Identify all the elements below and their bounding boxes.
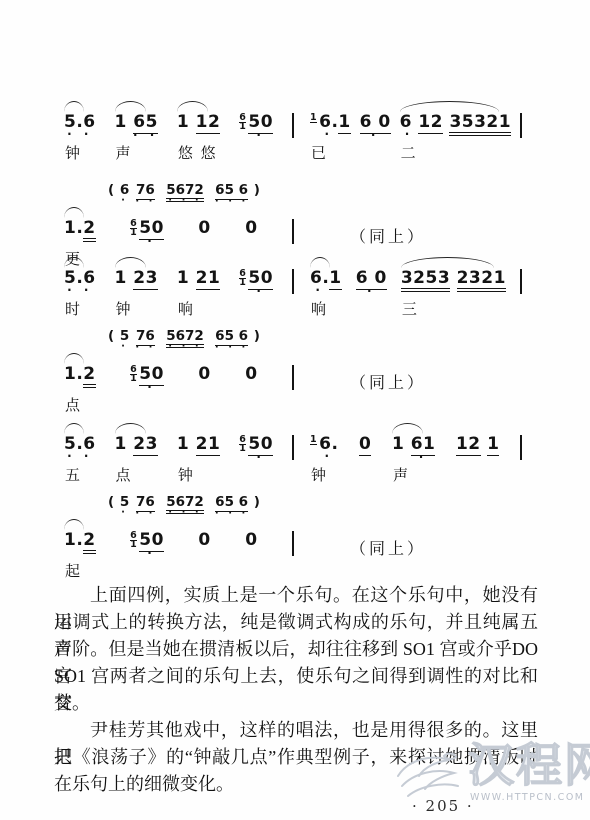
note-part: ( [108, 328, 119, 344]
measures-left: 5.6· ·时1 23钟1 21响6150· [64, 256, 294, 294]
same-as-above-label: （同上） [350, 370, 426, 393]
measures-left: 1.2起6150·00 [64, 518, 294, 556]
octave-dots: · [256, 133, 265, 138]
lyric-text: 五 [65, 464, 82, 485]
note-number: 0 [198, 530, 210, 550]
note-number: 23 [133, 434, 158, 454]
measures-left: 5.6· ·钟1 65· ·声1 12悠 悠6150· [64, 100, 294, 138]
note-numbers: 3253 2321 [401, 268, 506, 292]
note-number: 1 [115, 268, 134, 288]
note-numbers: 0 [198, 218, 210, 238]
barline [520, 269, 522, 294]
note-part: 76· · [136, 328, 155, 346]
note-part: 2 [83, 364, 95, 388]
echo-paren-notes: ( 5· 76· · 5672· · · 65 6· · · ) [108, 494, 261, 514]
grace-note: 1 [239, 123, 246, 131]
measures-right: 16.·钟01 61·声12 1 [310, 422, 522, 460]
note-part: 0 [245, 364, 257, 384]
note-part: 5672· · · [166, 182, 204, 202]
note-numbers: 6 0· [360, 112, 391, 134]
note-numbers: 12 1 [456, 434, 499, 456]
note-numbers: 16.· [310, 434, 338, 454]
score-system: 5.6· ·时1 23钟1 21响6150·6.·1响6 0·3253 2321… [64, 256, 524, 316]
note-part: 5· [120, 328, 129, 344]
note-number: 0 [245, 530, 257, 550]
note-group: 6 0· [360, 100, 391, 134]
note-group: 1 21钟 [177, 422, 220, 456]
note-number: ( [108, 182, 119, 198]
barline [292, 113, 294, 138]
octave-dots: · [147, 551, 156, 556]
note-group: 6150· [239, 100, 273, 134]
barline [292, 365, 294, 390]
paragraph-line: 上面四例，实质上是一个乐句。在这个乐句中，她没有运 [54, 582, 538, 609]
paragraph-line: 用调式上的转换方法，纯是徵调式构成的乐句，并且纯属五声 [54, 609, 538, 636]
note-part [156, 182, 165, 198]
music-score: 5.6· ·钟1 65· ·声1 12悠 悠6150·16.·1已6 0·6 ·… [64, 96, 524, 582]
octave-dots: · [419, 455, 428, 460]
note-number: ( [108, 494, 119, 510]
text-block: 上面四例，实质上是一个乐句。在这个乐句中，她没有运用调式上的转换方法，纯是徵调式… [54, 582, 538, 798]
note-part: 1 [329, 268, 341, 290]
same-as-above-label: （同上） [350, 536, 426, 559]
note-part [205, 328, 214, 344]
note-numbers: 6150· [130, 530, 164, 552]
note-part: 2 [83, 530, 95, 554]
note-number [205, 494, 214, 510]
note-group: 6150· [130, 352, 164, 386]
note-group: 1.2点 [64, 352, 96, 388]
grace-notes: 61 [239, 270, 246, 287]
note-part: 1 [177, 268, 196, 288]
note-group: 16.·钟 [310, 422, 338, 456]
note-part: 5.6· · [64, 268, 96, 288]
note-number: 1. [64, 364, 83, 384]
note-group: 5.6· ·五 [64, 422, 96, 456]
note-part [130, 328, 135, 344]
note-number [130, 182, 135, 198]
note-group: 1 21响 [177, 256, 220, 290]
grace-note: 1 [310, 114, 317, 123]
note-group: 1.2起 [64, 518, 96, 554]
note-part: 61· [411, 434, 436, 456]
barline [292, 269, 294, 294]
note-part: 1 [115, 434, 134, 454]
octave-dots: · · [135, 199, 155, 204]
note-number: ( [108, 328, 119, 344]
grace-note: 1 [130, 375, 137, 383]
note-part: 65· · [133, 112, 158, 134]
echo-paren-notes: ( 5· 76· · 5672· · · 65 6· · · ) [108, 328, 261, 348]
octave-dots: · [256, 289, 265, 294]
paragraph-line: 在乐句上的细微变化。 [54, 771, 538, 798]
barline [520, 435, 522, 460]
measures-left: 1.2点6150·00 [64, 352, 294, 390]
note-group: 6150· [130, 518, 164, 552]
note-group: 1 23点 [115, 422, 158, 456]
grace-note: 1 [239, 279, 246, 287]
note-group: 3253 2321三 [401, 256, 506, 292]
measures-right: 16.·1已6 0·6 ·12 35321二 [310, 100, 522, 138]
note-number: 1. [64, 218, 83, 238]
note-part: 1 [115, 268, 134, 288]
note-part: 1 [487, 434, 499, 456]
note-group: 1 12悠 悠 [177, 100, 220, 134]
lyric-text: 时 [65, 298, 82, 319]
note-part: 5.6· · [64, 112, 96, 132]
note-part [205, 182, 214, 198]
note-group: 0 [245, 206, 257, 240]
note-part: 5672· · · [166, 494, 204, 514]
note-number: 1 [115, 112, 134, 132]
note-number: 21 [196, 268, 221, 288]
octave-dots: · · [135, 345, 155, 350]
note-group: 0 [359, 422, 371, 456]
note-group: 16.·1已 [310, 100, 351, 134]
note-part: ) [249, 494, 260, 510]
note-part: 50· [248, 268, 273, 290]
octave-dots: · · · [168, 198, 201, 203]
note-numbers: 6150· [239, 268, 273, 290]
measures-left: 5.6· ·五1 23点1 21钟6150· [64, 422, 294, 460]
note-number: 1. [64, 530, 83, 550]
note-part: 2321 [457, 268, 506, 292]
note-numbers: 6.·1 [310, 268, 342, 290]
note-numbers: 6 0· [356, 268, 387, 290]
octave-dots: · [256, 455, 265, 460]
note-part: ( [108, 494, 119, 510]
note-number: 12 [196, 112, 221, 132]
note-part [130, 494, 135, 510]
note-group: 0 [245, 352, 257, 386]
grace-notes: 61 [130, 532, 137, 549]
note-part: 0 [245, 530, 257, 550]
note-group: 5.6· ·时 [64, 256, 96, 290]
note-group: 6150· [239, 422, 273, 456]
note-number: 1 [338, 112, 350, 132]
note-numbers: 1 21 [177, 268, 220, 290]
note-part: 3253 [401, 268, 450, 292]
note-group: 0 [245, 518, 257, 552]
grace-notes: 61 [239, 114, 246, 131]
note-group: 1.2更 [64, 206, 96, 242]
octave-dots: · · [133, 133, 158, 138]
grace-notes: 1 [310, 114, 317, 123]
note-part: 6.· [310, 268, 329, 288]
score-system: 5.6· ·钟1 65· ·声1 12悠 悠6150·16.·1已6 0·6 ·… [64, 100, 524, 160]
note-numbers: 1 23 [115, 434, 158, 456]
note-part: 0 [245, 218, 257, 238]
score-system: 5.6· ·五1 23点1 21钟6150·16.·钟01 61·声12 1 [64, 422, 524, 482]
lyric-text: 点 [65, 394, 82, 415]
note-part: 5· [120, 494, 129, 510]
note-group: 6 ·12 35321二 [400, 100, 512, 136]
note-numbers: 6150· [239, 434, 273, 456]
note-numbers: 6150· [130, 218, 164, 240]
note-numbers: 0 [245, 364, 257, 384]
grace-note: 1 [310, 436, 317, 445]
note-number: 0 [198, 364, 210, 384]
note-part: 0 [198, 530, 210, 550]
note-part: 1 [338, 112, 350, 134]
note-group: 0 [198, 518, 210, 552]
note-part: 2 [83, 218, 95, 242]
lyric-text: 钟 [311, 464, 328, 485]
note-number: 2321 [457, 268, 506, 288]
note-part [156, 494, 165, 510]
note-part: 1 [392, 434, 411, 454]
note-number: 12 [456, 434, 481, 454]
lyric-text: 钟 [178, 464, 195, 485]
octave-dots: · [371, 133, 380, 138]
barline [292, 531, 294, 556]
barline [292, 435, 294, 460]
note-number: 2 [83, 364, 95, 384]
same-as-above-label: （同上） [350, 224, 426, 247]
note-part: 6.· [319, 112, 338, 132]
note-part: 6.· [319, 434, 338, 454]
note-numbers: 1 65· · [115, 112, 158, 134]
octave-dots: · · · [215, 345, 248, 350]
octave-dots: · · [135, 511, 155, 516]
note-part: 65 6· · · [215, 182, 248, 200]
note-number [205, 328, 214, 344]
lyric-text: 起 [65, 560, 82, 581]
note-group: 0 [198, 206, 210, 240]
octave-dots: · · · [168, 510, 201, 515]
note-numbers: 5.6· · [64, 112, 96, 132]
note-numbers: 6 ·12 35321 [400, 112, 512, 136]
note-numbers: 1.2 [64, 364, 96, 388]
note-group: 5.6· ·钟 [64, 100, 96, 134]
octave-dots: · [405, 132, 414, 137]
octave-dots: · · · [168, 344, 201, 349]
note-part: 50· [139, 364, 164, 386]
note-group: 6 0· [356, 256, 387, 290]
note-part: 23 [133, 434, 158, 456]
note-group: 6.·1响 [310, 256, 342, 290]
note-part: 1. [64, 364, 83, 384]
note-numbers: 1.2 [64, 530, 96, 554]
measures-right: 6.·1响6 0·3253 2321三 [310, 256, 522, 294]
note-part: 5672· · · [166, 328, 204, 348]
paragraph-line: SO1 宫两者之间的乐句上去，使乐句之间得到调性的对比和交 [54, 663, 538, 690]
lyric-text: 三 [402, 298, 419, 319]
note-number: 1 [177, 268, 196, 288]
octave-dots: · [147, 239, 156, 244]
octave-dots: · · [67, 454, 92, 459]
note-number: 21 [196, 434, 221, 454]
note-part: 6 0· [356, 268, 387, 290]
note-numbers: 0 [198, 530, 210, 550]
echo-paren-notes: ( 6· 76· · 5672· · · 65 6· · · ) [108, 182, 261, 202]
note-numbers: 6150· [239, 112, 273, 134]
note-number: 2 [83, 530, 95, 550]
note-part: ) [249, 182, 260, 198]
note-number: 1 [115, 434, 134, 454]
lyric-text: 声 [116, 142, 133, 163]
note-part: 1. [64, 218, 83, 238]
note-part: 1. [64, 530, 83, 550]
note-part [156, 328, 165, 344]
note-number: 1 [392, 434, 411, 454]
note-number [156, 182, 165, 198]
lyric-text: 钟 [116, 298, 133, 319]
note-number: ) [249, 328, 260, 344]
note-part: 1 [115, 112, 134, 132]
note-part: 1 [177, 112, 196, 132]
lyric-text: 钟 [65, 142, 82, 163]
note-part: 6 0· [360, 112, 391, 134]
note-numbers: 0 [359, 434, 371, 456]
note-number [205, 182, 214, 198]
note-number: 35321 [449, 112, 511, 132]
note-number: 0 [198, 218, 210, 238]
lyric-text: 已 [311, 142, 328, 163]
octave-dots: · · [67, 132, 92, 137]
octave-dots: · [121, 510, 128, 515]
octave-dots: · [367, 289, 376, 294]
note-numbers: 0 [245, 530, 257, 550]
note-group: 6150· [130, 206, 164, 240]
octave-dots: · · · [215, 199, 248, 204]
lyric-text: 点 [116, 464, 133, 485]
note-number: 12 [418, 112, 443, 132]
note-part: 12 [456, 434, 481, 456]
grace-notes: 61 [239, 436, 246, 453]
grace-note: 1 [130, 541, 137, 549]
paragraph-line: 音阶。但是当她在掼清板以后，却往往移到 SO1 宫或介乎DO 宫 [54, 636, 538, 663]
note-number: ) [249, 494, 260, 510]
grace-note: 1 [130, 229, 137, 237]
book-page: 5.6· ·钟1 65· ·声1 12悠 悠6150·16.·1已6 0·6 ·… [0, 0, 590, 820]
note-numbers: 0 [198, 364, 210, 384]
octave-dots: · · · [215, 511, 248, 516]
note-group: 1 65· ·声 [115, 100, 158, 134]
lyric-text: 响 [311, 298, 328, 319]
octave-dots: · [324, 132, 333, 137]
note-part: 50· [139, 530, 164, 552]
note-part: 12 [418, 112, 443, 134]
lyric-text: 声 [393, 464, 410, 485]
note-numbers: 5.6· · [64, 268, 96, 288]
paragraph-line: 把《浪荡子》的“钟敲几点”作典型例子，来探讨她掼清板时 [54, 744, 538, 771]
note-number [156, 328, 165, 344]
grace-note: 1 [239, 445, 246, 453]
octave-dots: · [315, 288, 324, 293]
note-number: 1 [177, 434, 196, 454]
note-numbers: 1 23 [115, 268, 158, 290]
octave-dots: · [121, 198, 128, 203]
grace-notes: 61 [130, 366, 137, 383]
note-number [130, 328, 135, 344]
note-part [205, 494, 214, 510]
grace-notes: 1 [310, 436, 317, 445]
octave-dots: · [324, 454, 333, 459]
note-part: 21 [196, 434, 221, 456]
note-group: 1 23钟 [115, 256, 158, 290]
note-numbers: 1 61· [392, 434, 435, 456]
note-part: 5.6· · [64, 434, 96, 454]
note-numbers: 5.6· · [64, 434, 96, 454]
lyric-text: 悠 悠 [178, 142, 218, 163]
barline [292, 219, 294, 244]
note-number: 0 [245, 364, 257, 384]
note-part: 0 [198, 364, 210, 384]
note-part: 6 · [400, 112, 419, 132]
note-number: 1 [487, 434, 499, 454]
note-number: 1 [177, 112, 196, 132]
score-system: ( 5· 76· · 5672· · · 65 6· · · )1.2起6150… [64, 494, 524, 580]
barline [520, 113, 522, 138]
note-part: 1 [177, 434, 196, 454]
paragraph-line: 替。 [54, 690, 538, 717]
note-part: 50· [139, 218, 164, 240]
note-part: 0 [198, 218, 210, 238]
note-part: 12 [196, 112, 221, 134]
lyric-text: 二 [401, 142, 418, 163]
note-number: ) [249, 182, 260, 198]
note-numbers: 1 21 [177, 434, 220, 456]
note-part: 65 6· · · [215, 328, 248, 346]
note-part: 35321 [449, 112, 511, 136]
note-number: 0 [359, 434, 371, 454]
note-part: 23 [133, 268, 158, 290]
note-number: 2 [83, 218, 95, 238]
note-number [130, 494, 135, 510]
note-number: 23 [133, 268, 158, 288]
note-part [130, 182, 135, 198]
note-numbers: 16.·1 [310, 112, 351, 134]
note-part: ( [108, 182, 119, 198]
note-part: 6· [120, 182, 129, 198]
measures-left: 1.2更6150·00 [64, 206, 294, 244]
page-number: · 205 · [412, 797, 474, 815]
note-numbers: 1 12 [177, 112, 220, 134]
note-number: 3253 [401, 268, 450, 288]
note-part: 50· [248, 112, 273, 134]
note-numbers: 0 [245, 218, 257, 238]
note-part: ) [249, 328, 260, 344]
score-system: ( 5· 76· · 5672· · · 65 6· · · )1.2点6150… [64, 328, 524, 414]
note-number: 0 [245, 218, 257, 238]
lyric-text: 响 [178, 298, 195, 319]
note-numbers: 1.2 [64, 218, 96, 242]
octave-dots: · [121, 344, 128, 349]
note-part: 65 6· · · [215, 494, 248, 512]
grace-notes: 61 [130, 220, 137, 237]
note-group: 12 1 [456, 422, 499, 456]
note-part: 76· · [136, 494, 155, 512]
note-part: 0 [359, 434, 371, 456]
note-part: 21 [196, 268, 221, 290]
octave-dots: · · [67, 288, 92, 293]
note-group: 1 61·声 [392, 422, 435, 456]
note-part: 76· · [136, 182, 155, 200]
note-number: 1 [329, 268, 341, 288]
paragraph-line: 尹桂芳其他戏中，这样的唱法，也是用得很多的。这里只 [54, 717, 538, 744]
octave-dots: · [147, 385, 156, 390]
note-group: 0 [198, 352, 210, 386]
note-part: 50· [248, 434, 273, 456]
note-numbers: 6150· [130, 364, 164, 386]
note-group: 6150· [239, 256, 273, 290]
note-number [156, 494, 165, 510]
